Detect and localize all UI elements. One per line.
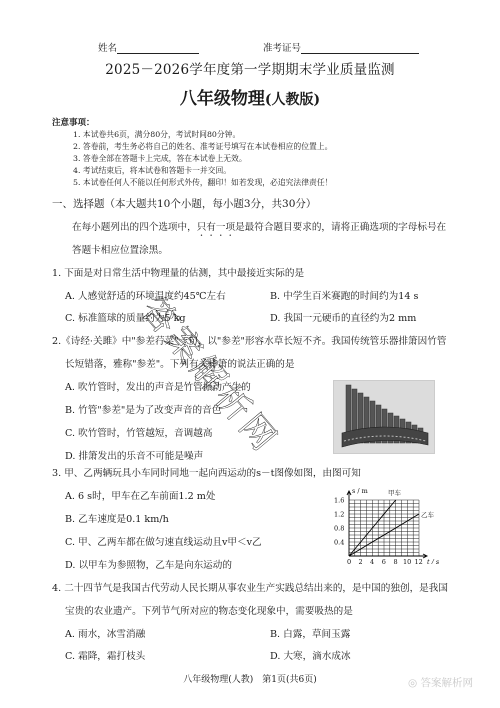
question-4-stem-2: 宝贵的农业遗产。下列节气所对应的物态变化现象中，需要吸热的是 <box>65 603 353 617</box>
notice-heading: 注意事项： <box>52 116 95 128</box>
svg-text:10: 10 <box>403 558 411 564</box>
svg-text:1.2: 1.2 <box>334 511 344 519</box>
svg-text:12: 12 <box>415 558 423 564</box>
q3-option-d: D. 以甲车为参照物，乙车是向东运动的 <box>65 557 232 571</box>
q1-option-d: D. 我国一元硬币的直径约为2 mm <box>270 310 416 324</box>
corner-watermark-text: 答案解析网 <box>421 677 474 689</box>
notice-item: 3. 答卷全部在答题卡上完成，答在本试卷上无效。 <box>73 153 247 164</box>
exam-title: 2025－2026学年度第一学期期末学业质量监测 <box>0 58 500 78</box>
question-4-stem: 4. 二十四节气是我国古代劳动人民长期从事农业生产实践总结出来的，是中国的独创，… <box>52 580 448 594</box>
name-label: 姓名 <box>98 43 117 54</box>
panpipe-icon <box>334 381 434 453</box>
instr-part: 在每小题列出的四个选项中， <box>72 222 197 233</box>
svg-text:s / m: s / m <box>352 487 368 495</box>
notice-item: 4. 考试结束后，将本试卷和答题卡一并交回。 <box>73 165 231 176</box>
weibo-icon: ◎ <box>408 677 421 689</box>
svg-text:8: 8 <box>394 558 398 564</box>
svg-text:0: 0 <box>347 558 351 564</box>
q4-option-d: D. 大寒，滴水成冰 <box>270 648 351 662</box>
s-t-graph: s / m 甲车 乙车 1.61.2 0.80.4 024 6810 12t /… <box>332 484 452 568</box>
edition-label: (人教版) <box>265 92 320 108</box>
question-3-stem: 3. 甲、乙两辆玩具小车同时同地一起向西运动的s－t图像如图，由图可知 <box>52 465 361 479</box>
section-title: 一、选择题（本大题共10个小题，每小题3分，共30分） <box>52 196 316 211</box>
subject-name: 八年级物理 <box>180 89 265 109</box>
section-instructions-2: 答题卡相应位置涂黑。 <box>72 242 168 256</box>
svg-text:甲车: 甲车 <box>388 488 402 497</box>
question-2-stem: 2.《诗经·关雎》中"参差荇菜"一句，以"参差"形容水草长短不齐。我国传统管乐器… <box>52 333 446 347</box>
svg-text:t / s: t / s <box>427 558 440 564</box>
subject-title: 八年级物理(人教版) <box>0 84 500 109</box>
q3-option-b: B. 乙车速度是0.1 km/h <box>65 511 169 525</box>
q2-option-b: B. 竹管"参差"是为了改变声音的音色 <box>65 402 221 416</box>
q4-option-c: C. 霜降，霜打枝头 <box>65 648 145 662</box>
notice-item: 1. 本试卷共6页，满分80分，考试时间80分钟。 <box>73 129 240 140</box>
q2-option-d: D. 排箫发出的乐音不可能是噪声 <box>65 448 203 462</box>
notice-item: 5. 本试卷任何人不能以任何形式外传，翻印！如若发现，必追究法律责任！ <box>73 177 332 188</box>
paixiao-image <box>333 380 435 454</box>
svg-text:0.8: 0.8 <box>334 525 344 533</box>
svg-text:2: 2 <box>359 558 363 564</box>
section-instructions: 在每小题列出的四个选项中，只有一项是最符合题目要求的，请将正确选项的字母标号在 <box>72 219 446 239</box>
q2-option-c: C. 吹竹管时，竹管越短，音调越高 <box>65 425 212 439</box>
q4-option-b: B. 白露，草间玉露 <box>270 626 350 640</box>
svg-text:1.6: 1.6 <box>334 497 344 505</box>
exam-id-label: 准考证号 <box>263 43 301 54</box>
svg-text:0.4: 0.4 <box>334 539 344 547</box>
q3-option-c: C. 甲、乙两车都在做匀速直线运动且v甲＜v乙 <box>65 534 262 548</box>
corner-watermark: ◎ 答案解析网 <box>408 675 473 690</box>
name-blank <box>117 44 199 54</box>
svg-text:4: 4 <box>370 558 374 564</box>
svg-text:乙车: 乙车 <box>421 510 435 519</box>
name-field: 姓名 <box>98 40 199 54</box>
q1-option-b: B. 中学生百米赛跑的时间约为14 s <box>270 288 418 302</box>
s-t-chart: s / m 甲车 乙车 1.61.2 0.80.4 024 6810 12t /… <box>332 484 452 564</box>
instr-emphasis: 只有一项 <box>197 222 235 233</box>
exam-id-blank <box>301 44 419 54</box>
notice-item: 2. 答卷前，考生务必将自己的姓名、准考证号填写在本试卷相应的位置上。 <box>73 141 332 152</box>
svg-text:6: 6 <box>382 558 386 564</box>
question-1-stem: 1. 下面是对日常生活中物理量的估测，其中最接近实际的是 <box>52 265 304 279</box>
instr-part: 是最符合题目要求的，请将正确选项的字母标号在 <box>235 222 446 233</box>
q4-option-a: A. 雨水，冰雪消融 <box>65 626 145 640</box>
exam-id-field: 准考证号 <box>263 40 419 54</box>
q1-option-a: A. 人感觉舒适的环境温度约45℃左右 <box>65 288 226 302</box>
q3-option-a: A. 6 s时，甲车在乙车前面1.2 m处 <box>65 488 215 502</box>
